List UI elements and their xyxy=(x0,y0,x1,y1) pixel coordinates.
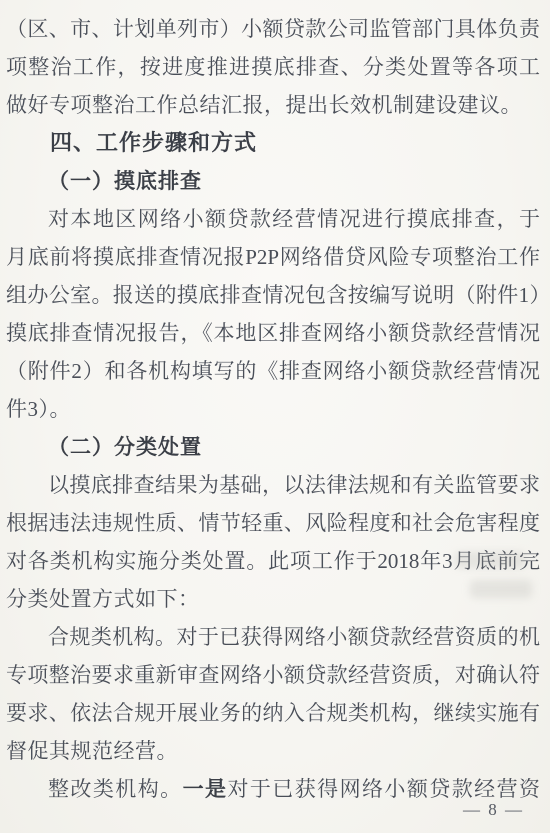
body-line: 以摸底排查结果为基础，以法律法规和有关监管要求为依据， xyxy=(6,466,540,504)
body-line: （区、市、计划单列市）小额贷款公司监管部门具体负责本次专 xyxy=(6,10,540,48)
body-line: 分类处置方式如下： xyxy=(6,580,540,618)
subheading-line: （一）摸底排查 xyxy=(6,162,540,200)
body-line: 摸底排查情况报告，《本地区排查网络小额贷款经营情况汇总表》 xyxy=(6,314,540,352)
body-line: 要求、依法合规开展业务的纳入合规类机构，继续实施有效监管， xyxy=(6,694,540,732)
body-line: 做好专项整治工作总结汇报，提出长效机制建设建议。 xyxy=(6,86,540,124)
body-line: 对各类机构实施分类处置。此项工作于2018年3月底前完成。具体 xyxy=(6,542,540,580)
body-line: 组办公室。报送的摸底排查情况包含按编写说明（附件1）编写的 xyxy=(6,276,540,314)
body-line: 整改类机构。一是对于已获得网络小额贷款经营资质，重新 xyxy=(6,770,540,808)
body-line: （附件2）和各机构填写的《排查网络小额贷款经营情况表》（附 xyxy=(6,352,540,390)
body-line: 合规类机构。对于已获得网络小额贷款经营资质的机构，按 xyxy=(6,618,540,656)
body-line: 专项整治要求重新审查网络小额贷款经营资质，对确认符合资质 xyxy=(6,656,540,694)
body-line: 督促其规范经营。 xyxy=(6,732,540,770)
body-text: 整改类机构。 xyxy=(48,777,183,801)
document-page: （区、市、计划单列市）小额贷款公司监管部门具体负责本次专项整治工作，按进度推进摸… xyxy=(0,0,550,833)
body-line: 根据违法违规性质、情节轻重、风险程度和社会危害程度等因素 xyxy=(6,504,540,542)
body-line: 件3）。 xyxy=(6,390,540,428)
heading-line: 四、工作步骤和方式 xyxy=(6,124,540,162)
body-line: 月底前将摸底排查情况报P2P网络借贷风险专项整治工作领导小 xyxy=(6,238,540,276)
text-block: （区、市、计划单列市）小额贷款公司监管部门具体负责本次专项整治工作，按进度推进摸… xyxy=(0,0,550,808)
subheading-line: （二）分类处置 xyxy=(6,428,540,466)
page-number: — 8 — xyxy=(463,800,524,820)
body-line: 项整治工作，按进度推进摸底排查、分类处置等各项工作，按时 xyxy=(6,48,540,86)
body-line: 对本地区网络小额贷款经营情况进行摸底排查，于2018年1 xyxy=(6,200,540,238)
emphasis-text: 一是 xyxy=(183,777,228,801)
